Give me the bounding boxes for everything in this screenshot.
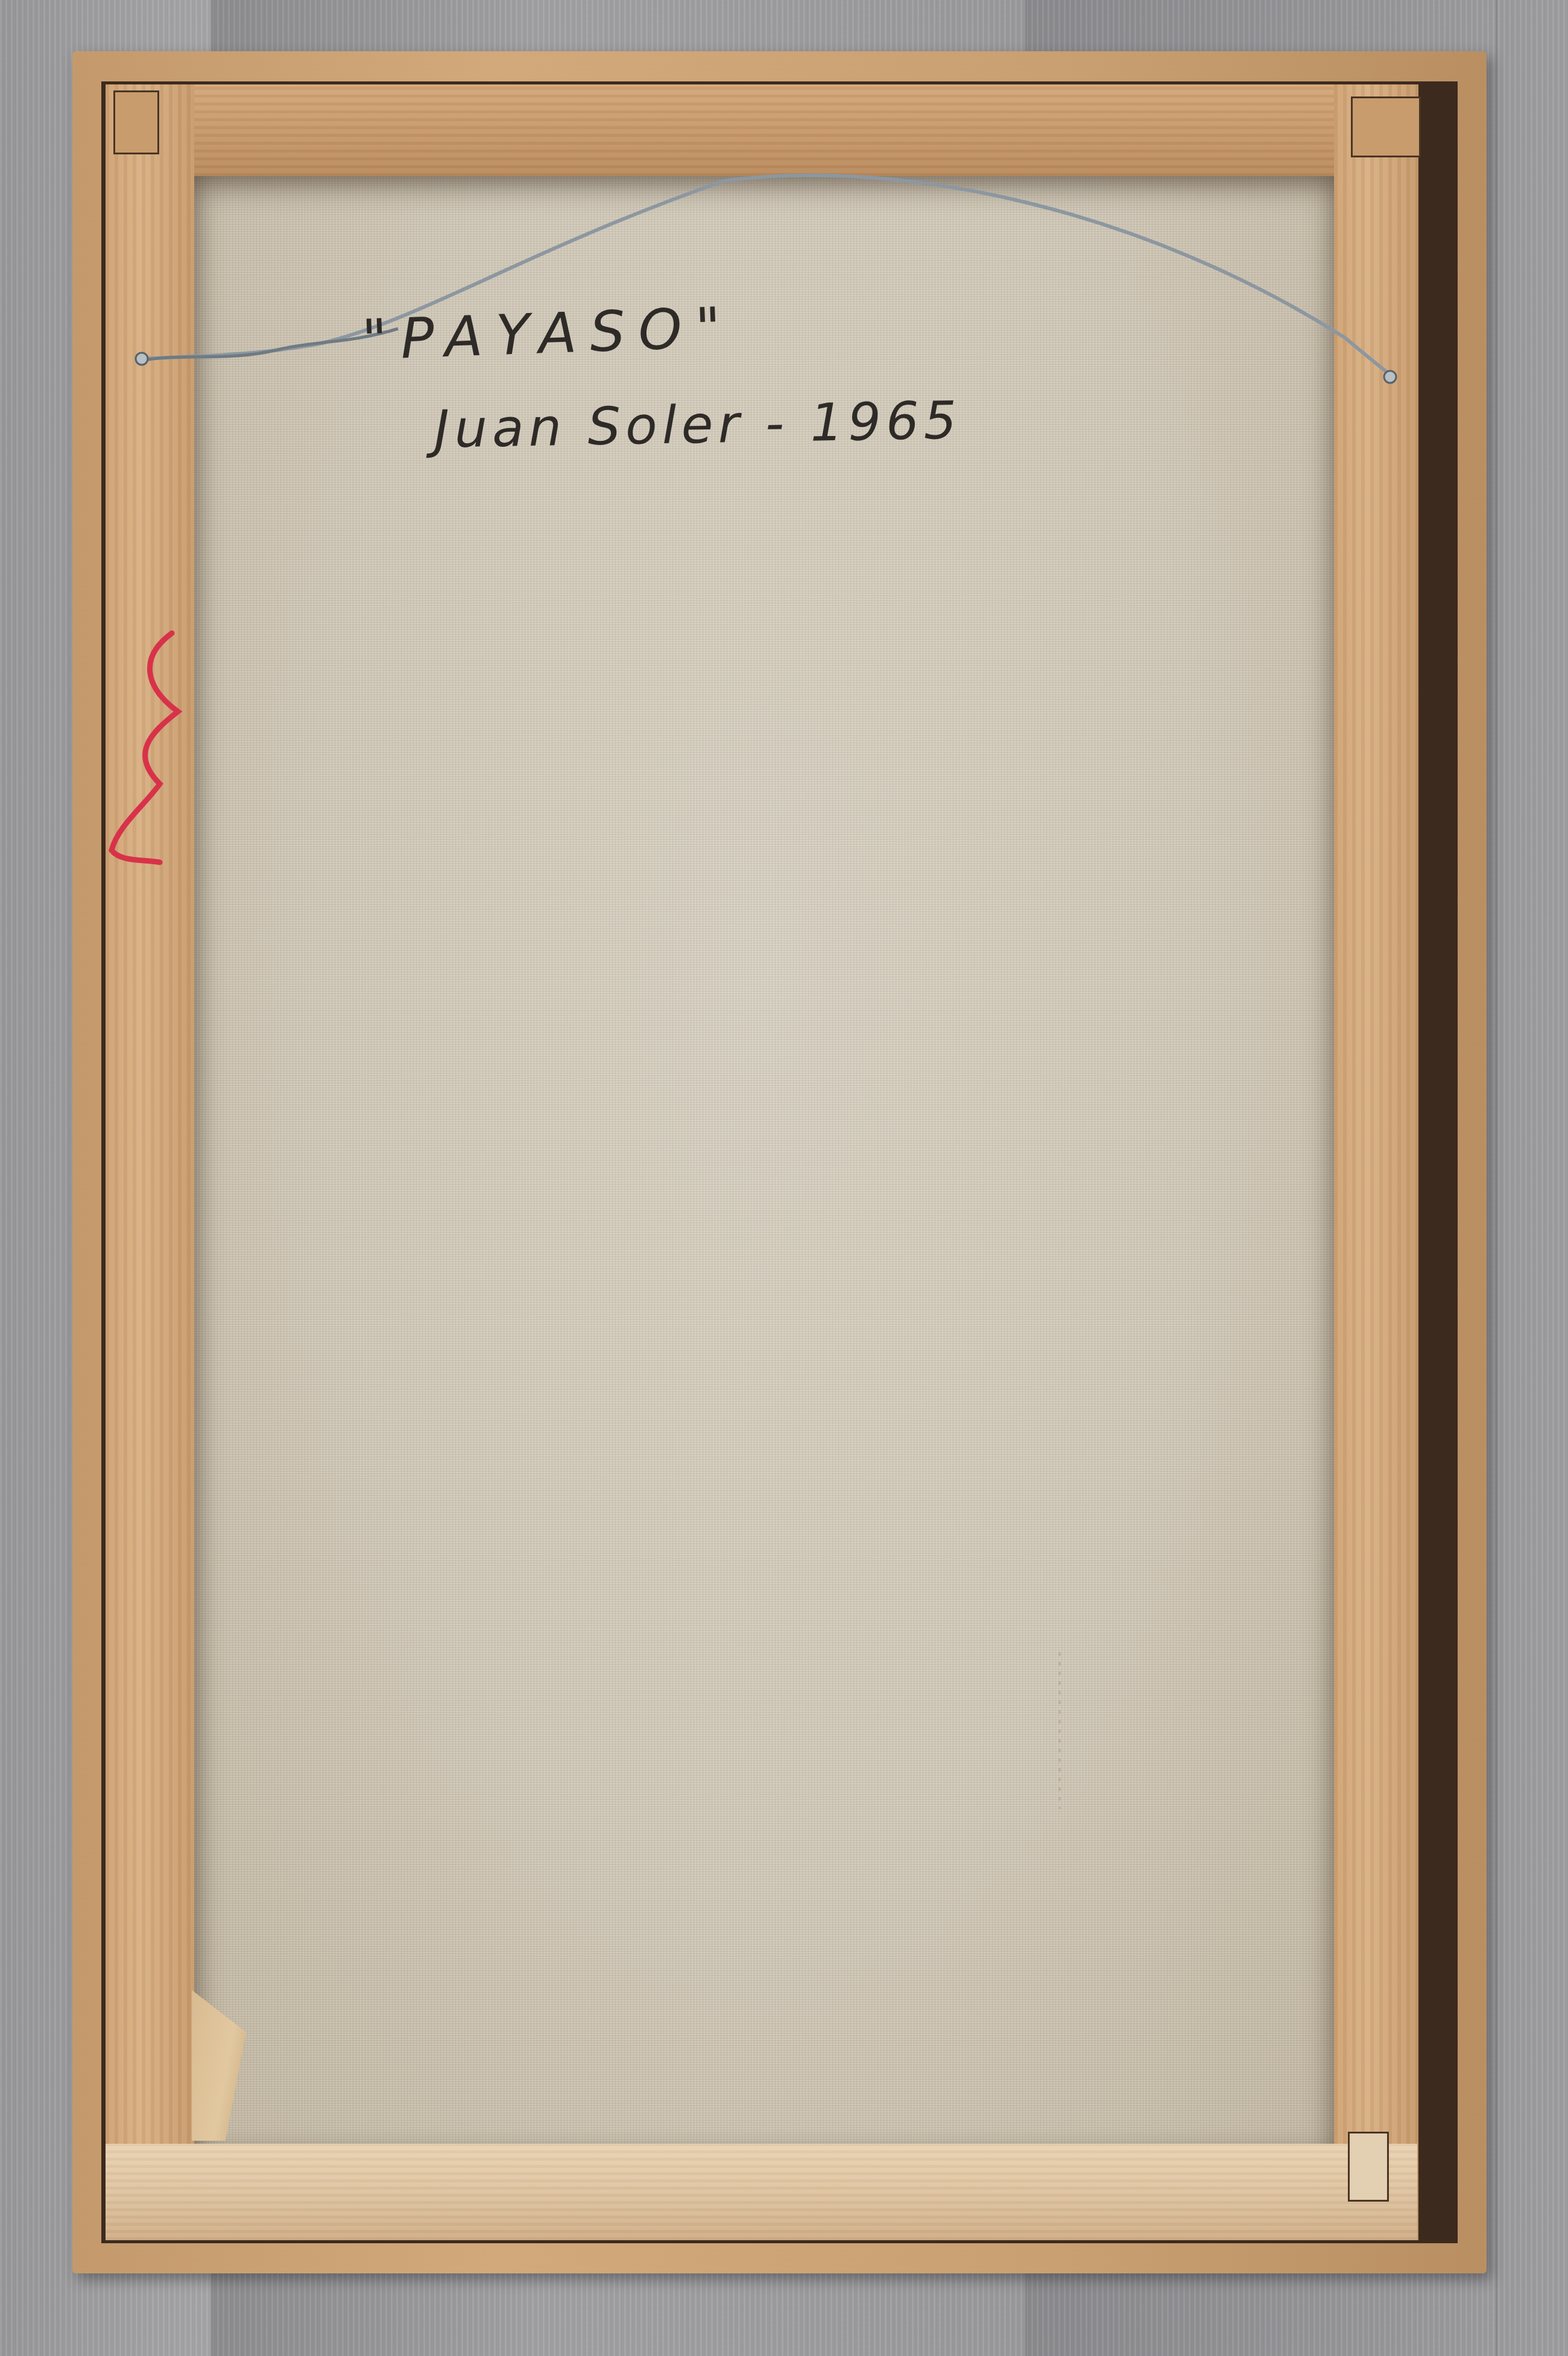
inscription-signature: Juan Soler - 1965 xyxy=(434,390,962,460)
stretcher-bottom-bar xyxy=(106,2144,1417,2240)
stretcher-top-bar xyxy=(106,84,1417,176)
stretcher-left-bar xyxy=(106,84,194,2240)
corner-key-wedge xyxy=(1351,96,1421,157)
floor-plank-seam xyxy=(1496,0,1497,2356)
corner-key-wedge xyxy=(1348,2132,1389,2202)
inscription-title: "PAYASO" xyxy=(361,295,735,372)
corner-key-wedge xyxy=(113,90,159,154)
stretcher-right-bar xyxy=(1334,84,1418,2240)
canvas-back xyxy=(194,176,1334,2144)
